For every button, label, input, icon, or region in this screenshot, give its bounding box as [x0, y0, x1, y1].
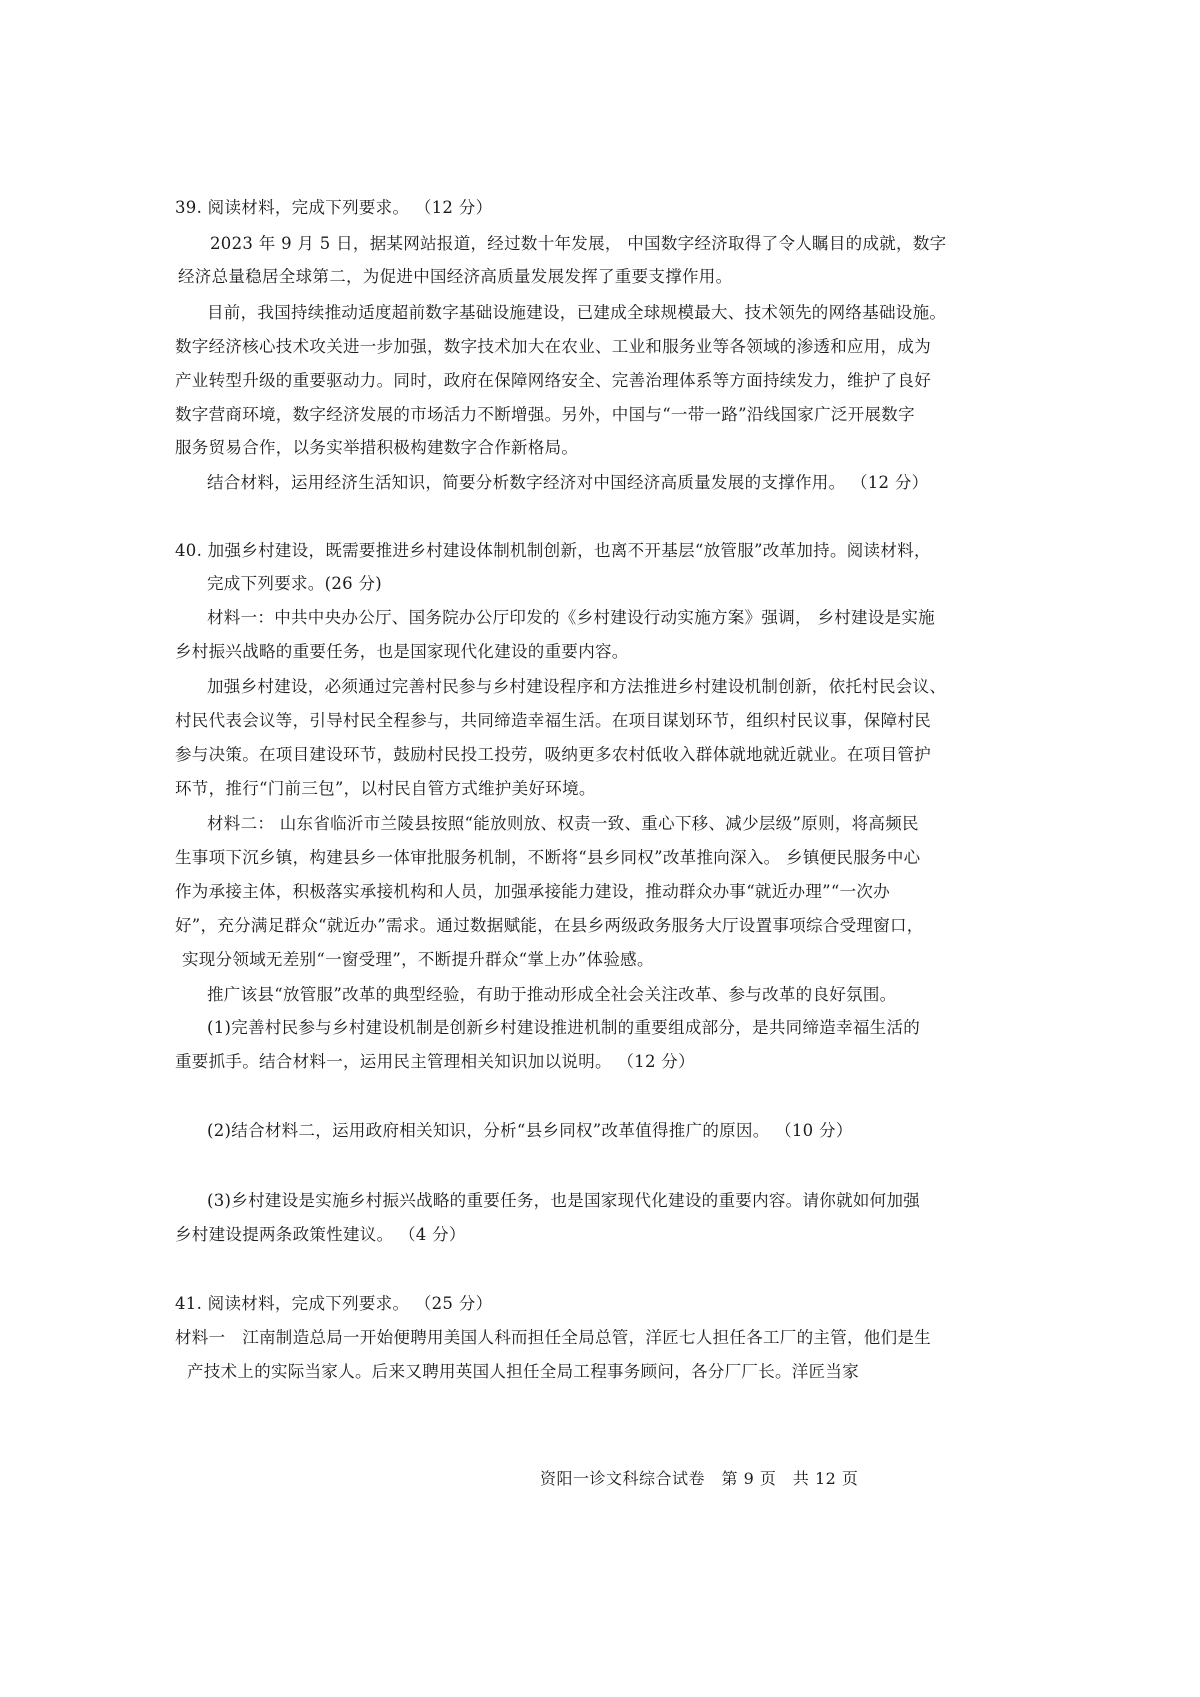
q40-paragraph-line: 作为承接主体，积极落实承接机构和人员，加强承接能力建设，推动群众办事“就近办理”… [175, 881, 890, 903]
question-41-title: 41. 阅读材料，完成下列要求。 （25 分） [175, 1293, 492, 1315]
q40-paragraph-line: 乡村振兴战略的重要任务，也是国家现代化建设的重要内容。 [175, 641, 629, 663]
q40-material-2: 材料二： 山东省临沂市兰陵县按照“能放则放、权责一致、重心下移、减少层级”原则，… [207, 813, 919, 835]
q39-paragraph-line: 目前，我国持续推动适度超前数字基础设施建设，已建成全球规模最大、技术领先的网络基… [207, 302, 946, 324]
q40-paragraph-line: 环节，推行“门前三包”，以村民自管方式维护美好环境。 [175, 778, 596, 800]
q40-paragraph-line: 参与决策。在项目建设环节，鼓励村民投工投劳，吸纳更多农村低收入群体就地就近就业。… [175, 744, 931, 766]
q39-paragraph-line: 产业转型升级的重要驱动力。同时，政府在保障网络安全、完善治理体系等方面持续发力，… [175, 370, 931, 392]
question-40-title-cont: 完成下列要求。(26 分) [207, 573, 382, 595]
q40-paragraph-line: 加强乡村建设，必须通过完善村民参与乡村建设程序和方法推进乡村建设机制创新，依托村… [207, 676, 946, 698]
q39-prompt: 结合材料，运用经济生活知识，简要分析数字经济对中国经济高质量发展的支撑作用。 （… [207, 472, 929, 494]
q40-subquestion-1: (1)完善村民参与乡村建设机制是创新乡村建设推进机制的重要组成部分，是共同缔造幸… [207, 1017, 920, 1039]
q39-paragraph-line: 经济总量稳居全球第二，为促进中国经济高质量发展发挥了重要支撑作用。 [178, 266, 732, 288]
q40-subquestion-1-cont: 重要抓手。结合材料一，运用民主管理相关知识加以说明。 （12 分） [175, 1051, 695, 1073]
q40-paragraph-line: 好”，充分满足群众“就近办”需求。通过数据赋能，在县乡两级政务服务大厅设置事项综… [175, 915, 924, 937]
question-40-title: 40. 加强乡村建设，既需要推进乡村建设体制机制创新，也离不开基层“放管服”改革… [175, 540, 931, 562]
q40-paragraph-line: 实现分领域无差别“一窗受理”，不断提升群众“掌上办”体验感。 [182, 949, 654, 971]
question-39-title: 39. 阅读材料，完成下列要求。 （12 分） [175, 197, 492, 219]
q40-material-1: 材料一：中共中央办公厅、国务院办公厅印发的《乡村建设行动实施方案》强调， 乡村建… [207, 607, 935, 629]
q40-subquestion-3-cont: 乡村建设提两条政策性建议。 （4 分） [175, 1224, 466, 1246]
q41-material-1: 材料一 江南制造总局一开始便聘用美国人科而担任全局总管，洋匠七人担任各工厂的主管… [175, 1327, 931, 1349]
q41-paragraph-line: 产技术上的实际当家人。后来又聘用英国人担任全局工程事务顾问，各分厂厂长。洋匠当家 [187, 1361, 859, 1383]
q39-paragraph-line: 数字经济核心技术攻关进一步加强，数字技术加大在农业、工业和服务业等各领域的渗透和… [175, 336, 931, 358]
q39-paragraph-line: 服务贸易合作，以务实举措积极构建数字合作新格局。 [175, 437, 578, 459]
q40-paragraph-line: 生事项下沉乡镇，构建县乡一体审批服务机制，不断将“县乡同权”改革推向深入。 乡镇… [175, 847, 920, 869]
q40-subquestion-3: (3)乡村建设是实施乡村振兴战略的重要任务，也是国家现代化建设的重要内容。请你就… [207, 1190, 920, 1212]
q40-subquestion-2: (2)结合材料二，运用政府相关知识，分析“县乡同权”改革值得推广的原因。 （10… [207, 1120, 853, 1142]
q40-paragraph-line: 村民代表会议等，引导村民全程参与，共同缔造幸福生活。在项目谋划环节，组织村民议事… [175, 710, 931, 732]
page-footer: 资阳一诊文科综合试卷 第 9 页 共 12 页 [540, 1466, 858, 1489]
q40-paragraph-line: 推广该县“放管服”改革的典型经验，有助于推动形成全社会关注改革、参与改革的良好氛… [207, 984, 896, 1006]
q39-paragraph-line: 数字营商环境，数字经济发展的市场活力不断增强。另外，中国与“一带一路”沿线国家广… [175, 404, 915, 426]
q39-paragraph-line: 2023 年 9 月 5 日，据某网站报道，经过数十年发展， 中国数字经济取得了… [210, 233, 946, 255]
